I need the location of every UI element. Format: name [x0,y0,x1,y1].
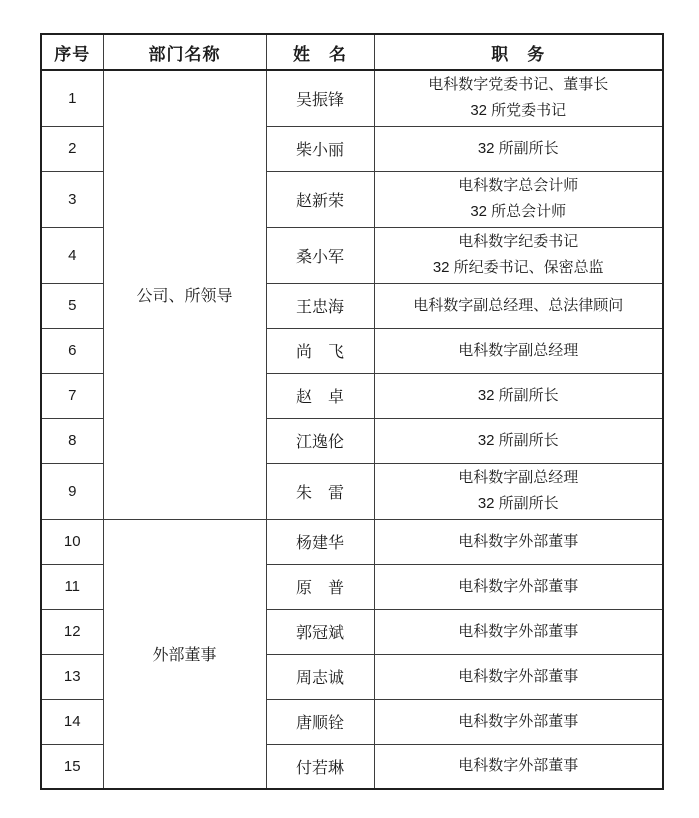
name-cell: 王忠海 [266,283,374,328]
row-number-cell: 8 [41,418,103,463]
position-cell: 电科数字副总经理、总法律顾问 [374,283,663,328]
header-serial-number: 序号 [41,34,103,70]
position-cell: 电科数字外部董事 [374,609,663,654]
row-number-cell: 14 [41,699,103,744]
table-row: 10外部董事杨建华电科数字外部董事 [41,519,663,564]
position-line: 电科数字总会计师 [375,173,663,199]
position-line: 32 所总会计师 [375,199,663,225]
row-number-cell: 1 [41,70,103,126]
name-cell: 唐顺铨 [266,699,374,744]
name-cell: 原 普 [266,564,374,609]
name-cell: 周志诚 [266,654,374,699]
name-cell: 赵新荣 [266,171,374,227]
department-cell: 外部董事 [103,519,266,789]
position-cell: 电科数字总会计师32 所总会计师 [374,171,663,227]
position-line: 32 所副所长 [375,383,663,409]
position-line: 32 所副所长 [375,136,663,162]
row-number-cell: 12 [41,609,103,654]
position-cell: 电科数字外部董事 [374,699,663,744]
position-line: 电科数字副总经理 [375,338,663,364]
position-cell: 电科数字党委书记、董事长32 所党委书记 [374,70,663,126]
row-number-cell: 5 [41,283,103,328]
position-cell: 电科数字外部董事 [374,564,663,609]
row-number-cell: 13 [41,654,103,699]
position-line: 电科数字外部董事 [375,753,663,779]
position-line: 电科数字外部董事 [375,709,663,735]
department-cell: 公司、所领导 [103,70,266,519]
position-cell: 32 所副所长 [374,126,663,171]
name-cell: 柴小丽 [266,126,374,171]
row-number-cell: 2 [41,126,103,171]
row-number-cell: 10 [41,519,103,564]
name-cell: 郭冠斌 [266,609,374,654]
position-line: 电科数字外部董事 [375,619,663,645]
position-cell: 电科数字外部董事 [374,744,663,789]
row-number-cell: 3 [41,171,103,227]
position-line: 电科数字外部董事 [375,529,663,555]
name-cell: 桑小军 [266,227,374,283]
header-row: 序号 部门名称 姓 名 职 务 [41,34,663,70]
position-cell: 电科数字纪委书记32 所纪委书记、保密总监 [374,227,663,283]
position-line: 32 所副所长 [375,491,663,517]
row-number-cell: 7 [41,373,103,418]
name-cell: 赵 卓 [266,373,374,418]
position-line: 32 所副所长 [375,428,663,454]
position-cell: 电科数字外部董事 [374,519,663,564]
table-row: 1公司、所领导吴振锋电科数字党委书记、董事长32 所党委书记 [41,70,663,126]
header-position: 职 务 [374,34,663,70]
position-line: 电科数字副总经理、总法律顾问 [375,293,663,319]
header-person-name: 姓 名 [266,34,374,70]
position-line: 电科数字副总经理 [375,465,663,491]
row-number-cell: 9 [41,463,103,519]
row-number-cell: 15 [41,744,103,789]
position-line: 电科数字外部董事 [375,574,663,600]
position-cell: 电科数字副总经理 [374,328,663,373]
table-header: 序号 部门名称 姓 名 职 务 [41,34,663,70]
name-cell: 尚 飞 [266,328,374,373]
name-cell: 吴振锋 [266,70,374,126]
row-number-cell: 6 [41,328,103,373]
position-cell: 32 所副所长 [374,373,663,418]
row-number-cell: 11 [41,564,103,609]
position-line: 电科数字纪委书记 [375,229,663,255]
position-line: 电科数字党委书记、董事长 [375,72,663,98]
header-department-name: 部门名称 [103,34,266,70]
name-cell: 江逸伦 [266,418,374,463]
position-line: 电科数字外部董事 [375,664,663,690]
name-cell: 朱 雷 [266,463,374,519]
name-cell: 付若琳 [266,744,374,789]
position-cell: 电科数字副总经理32 所副所长 [374,463,663,519]
name-cell: 杨建华 [266,519,374,564]
position-cell: 电科数字外部董事 [374,654,663,699]
position-line: 32 所党委书记 [375,98,663,124]
position-cell: 32 所副所长 [374,418,663,463]
personnel-table: 序号 部门名称 姓 名 职 务 1公司、所领导吴振锋电科数字党委书记、董事长32… [40,33,664,790]
position-line: 32 所纪委书记、保密总监 [375,255,663,281]
row-number-cell: 4 [41,227,103,283]
table-body: 1公司、所领导吴振锋电科数字党委书记、董事长32 所党委书记2柴小丽32 所副所… [41,70,663,789]
